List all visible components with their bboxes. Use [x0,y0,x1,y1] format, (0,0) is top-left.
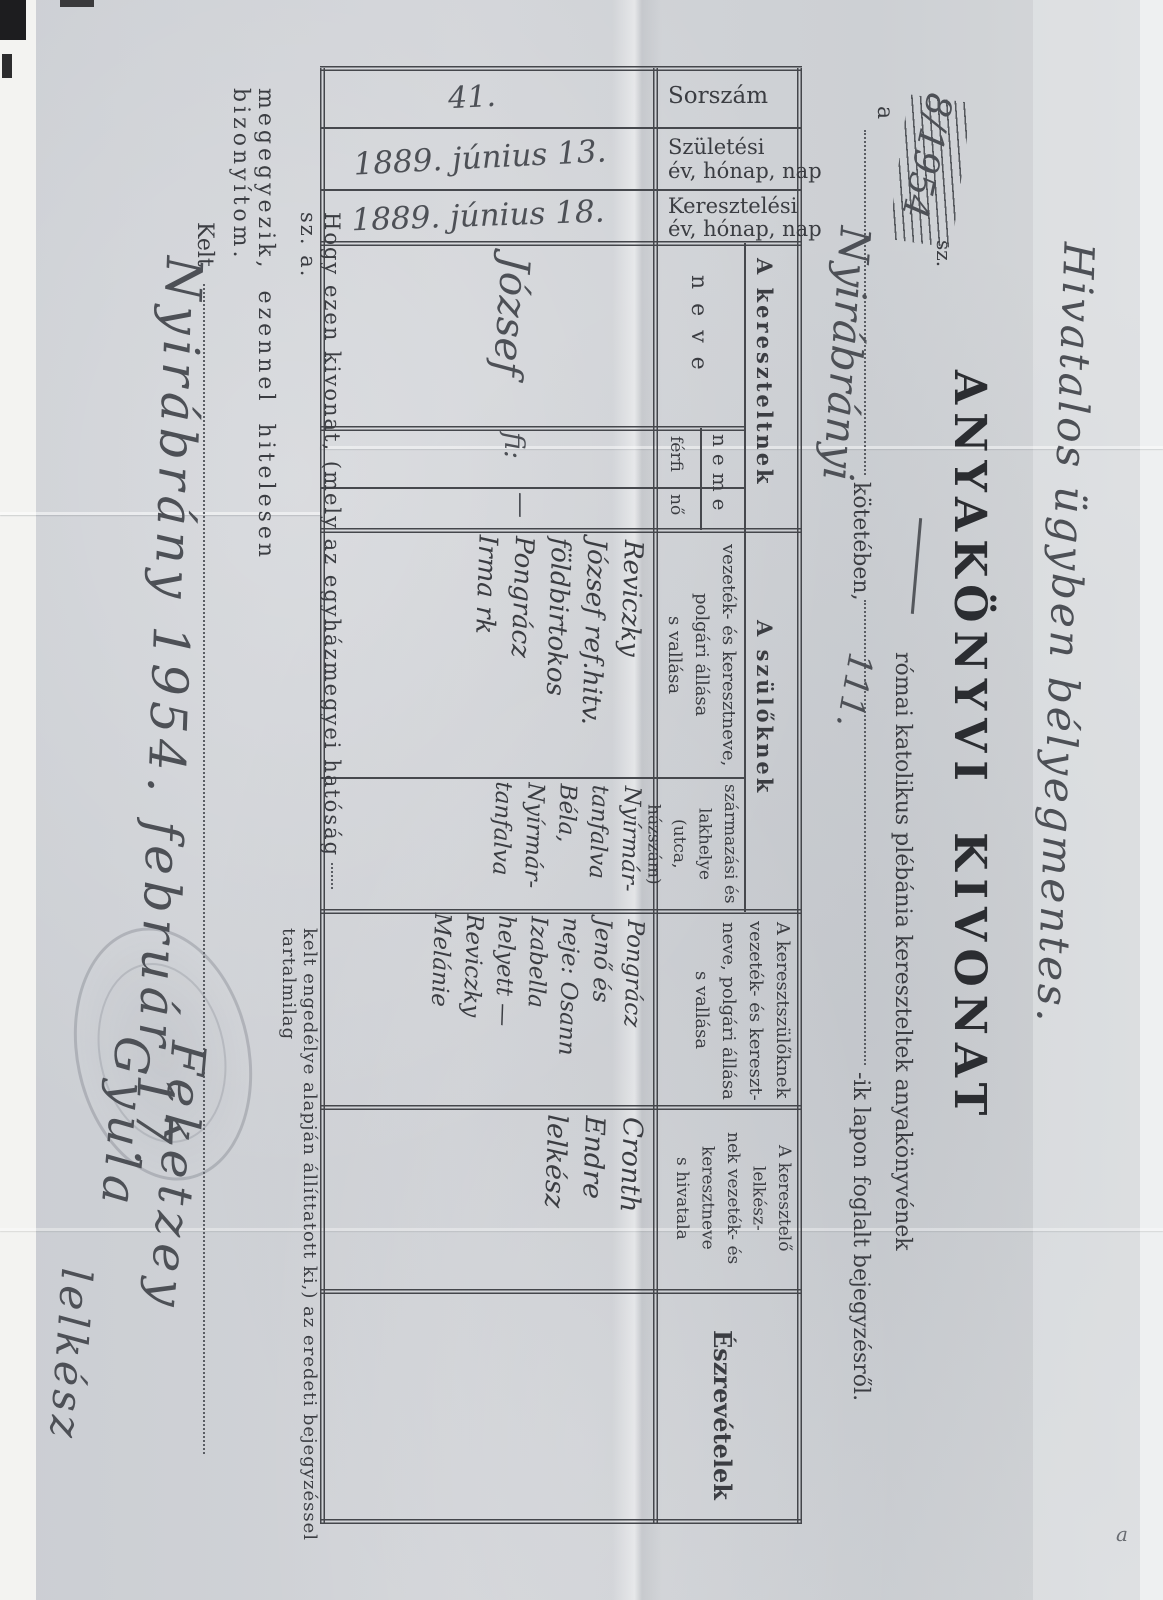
reference-suffix-label: sz. [932,240,956,280]
text-line: Nyírmár- [612,785,648,910]
entry-parents: ReviczkyJózsef ref.hitv.földbirtokosPong… [381,532,651,779]
text-line: polgári állása [688,540,715,770]
text-line: Cronth [607,1116,651,1289]
text-line: lakhelye [691,783,717,905]
scan-artifact-blob [2,54,12,78]
table-rule [320,426,746,431]
table-border-bottom [320,1519,802,1524]
text-line: neje: Osann [548,917,587,1106]
text-line: tanfalva [483,781,519,906]
intro-parish-line: római katolikus plébánia kereszteltek an… [890,652,915,1332]
certification-text: Hogy ezen kivonat, (mely az egyházmegyei… [320,212,344,857]
scan-margin-left [0,0,36,1600]
text-line: lelkész [532,1114,576,1287]
entry-baptism-date: 1889. június 18. [327,187,628,245]
text-line: vezeték- és kereszt- [742,918,769,1103]
text-line: Nyírmár- [515,782,551,907]
table-rule [320,777,746,779]
certification-line1: Hogy ezen kivonat, (mely az egyházmegyei… [296,212,344,902]
intro-page-line: -ik lapon foglalt bejegyzésről. [848,1072,873,1502]
text-line: helyett — [484,915,523,1104]
table-divider-subheader-group [744,243,746,912]
text-line: Endre [569,1115,613,1288]
scanned-document-page: Sorszám Születési év, hónap, nap Kereszt… [0,0,1163,1600]
table-divider-sex-label [700,428,702,530]
entry-serial-number: 41. [321,62,623,133]
header-line: Születési [668,135,822,159]
header-origin-residence: származási éslakhelye(utca, házszám) [658,783,742,905]
header-group-parents: A szülőknek [752,620,777,820]
text-line: származási és [717,783,743,905]
text-line: Béla, [547,783,583,908]
entry-godparents: PongráczJenő ésneje: OsannIzabellahelyet… [409,912,651,1108]
header-godparents: A keresztszülőknekvezeték- és kereszt-ne… [676,918,796,1103]
entry-origin-residence: Nyírmár-tanfalvaBéla,Nyírmár-tanfalva [386,778,648,911]
header-line: Keresztelési [668,195,822,218]
text-line: Pongrácz [612,919,651,1108]
header-serial-number: Sorszám [668,83,768,109]
table-rule [320,1289,802,1294]
header-sex-female: nő [666,494,686,524]
header-sex: neme [708,434,732,526]
header-line: év, hónap, nap [668,218,822,241]
certification-text: sz. a. [296,212,320,278]
text-line: vezeték- és keresztneve, [715,540,742,770]
scan-artifact-blob [60,0,94,7]
text-line: nek vezeték- és [720,1112,746,1284]
table-border-right [797,68,802,1524]
text-line: Jenő és [580,918,619,1107]
certification-line3: megegyezik, ezennel hitelesen bizonyítom… [228,88,278,748]
entry-sex-female-mark: — [506,492,536,526]
intro-volume-dash-handwritten [911,518,922,614]
header-line: év, hónap, nap [668,159,822,183]
header-group-child: A kereszteltnek [752,258,777,528]
header-remarks: Észrevételek [708,1330,737,1490]
intro-volume-label: kötetében, [848,482,873,592]
header-sex-male: férfi [666,436,686,484]
table-rule [320,487,746,489]
table-rule [320,909,802,914]
header-child-name: neve [686,275,711,425]
certification-line2: kelt engedélye alapján állíttatott ki,) … [278,928,320,1583]
text-line: tanfalva [579,784,615,909]
text-line: s hivatala [669,1112,695,1284]
text-line: A keresztelő lelkész- [745,1112,796,1284]
stray-mark: a [1116,1522,1128,1546]
table-rule [320,1105,802,1110]
header-baptizing-priest: A keresztelő lelkész-nek vezeték- éskere… [678,1112,796,1284]
text-line: Reviczky [452,913,491,1102]
scan-artifact-blob [0,0,26,40]
dotted-leader [331,863,333,889]
text-line: Melánie [419,912,458,1101]
text-line: neve, polgári állása [715,918,742,1103]
scan-margin-right [1140,0,1163,1600]
header-parents-name: vezeték- és keresztneve,polgári állásas … [658,540,742,770]
entry-priest: CronthEndrelelkész [435,1110,651,1289]
intro-page-number-handwritten: 111. [824,649,881,754]
entry-birth-date: 1889. június 13. [329,122,632,194]
text-line: s vallása [661,540,688,770]
text-line: s vallása [688,918,715,1103]
text-line: Izabella [516,916,555,1105]
text-line: (utca, házszám) [640,783,691,905]
entry-child-name: József [480,255,538,428]
text-line: A keresztszülőknek [769,918,796,1103]
header-baptism-date: Keresztelési év, hónap, nap [668,195,822,241]
text-line: keresztneve [694,1112,720,1284]
entry-sex-male-mark: fi: [498,432,529,484]
document-title: ANYAKÖNYVI KIVONAT [944,370,995,1218]
intro-article-label: a [872,106,897,132]
header-birth-date: Születési év, hónap, nap [668,135,822,183]
